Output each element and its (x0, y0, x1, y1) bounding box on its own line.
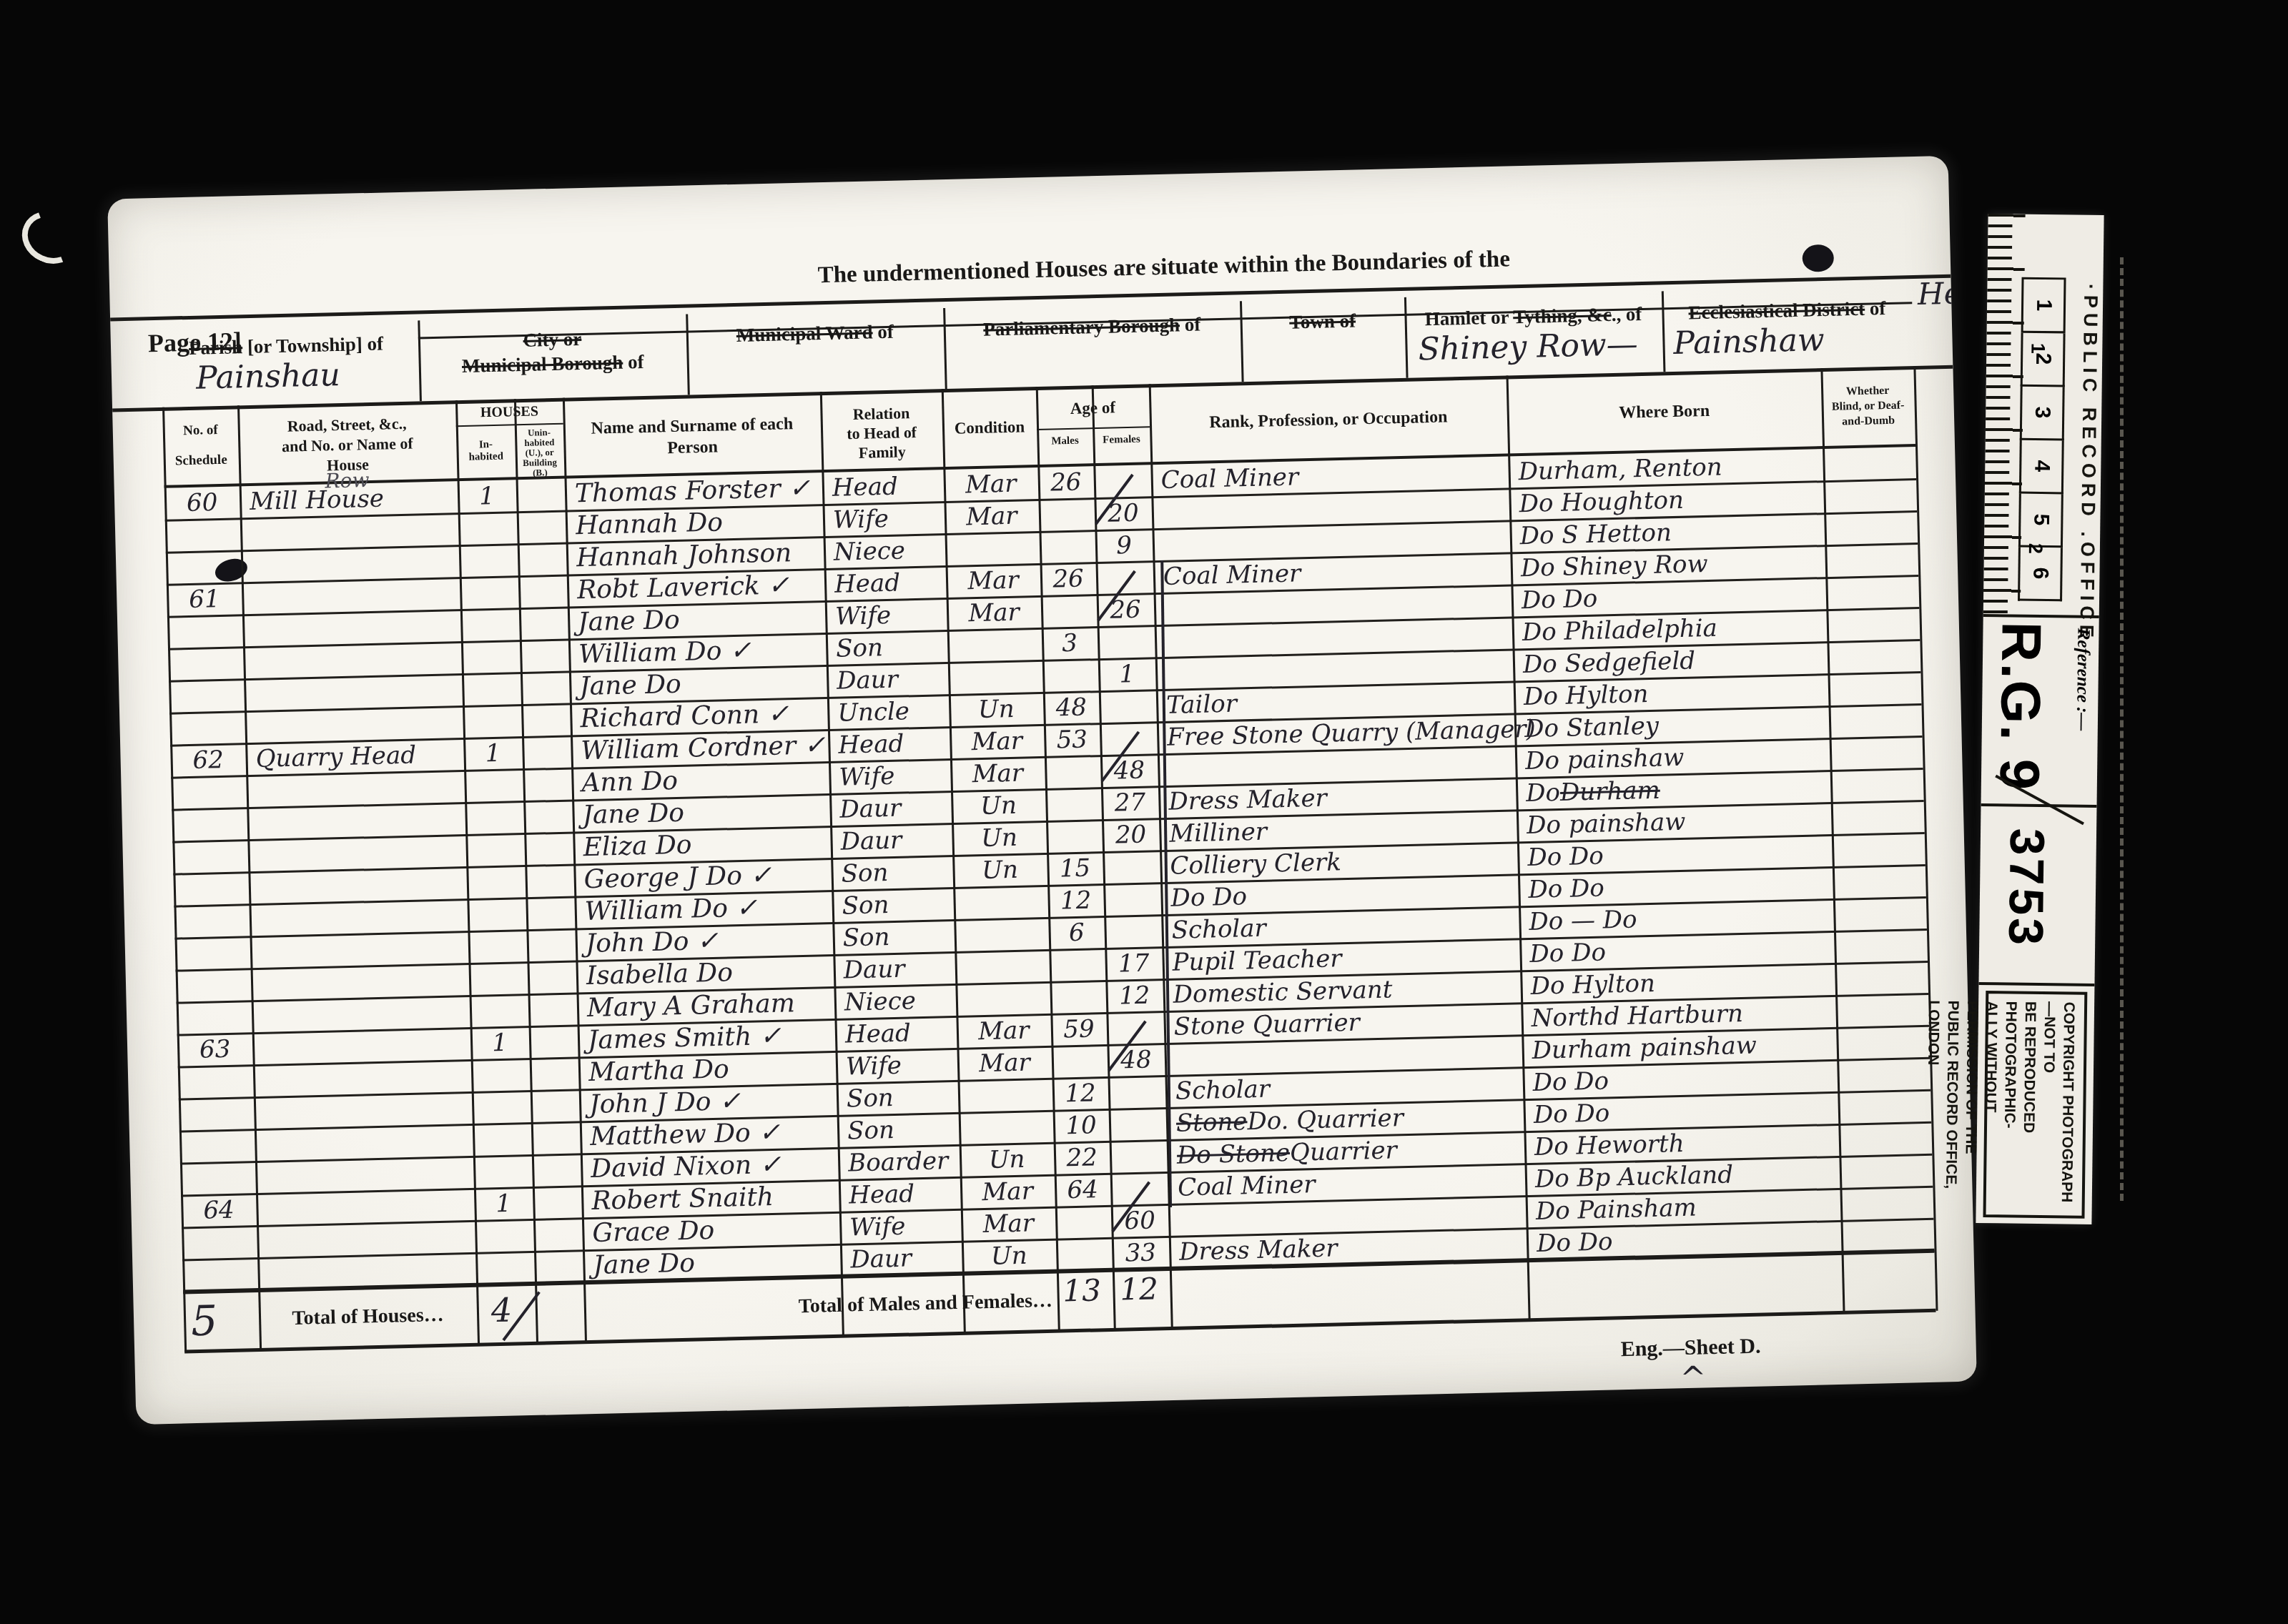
boundary-field-1: City or Municipal Borough of (418, 315, 688, 403)
cell-age_m: 22 (1054, 1141, 1110, 1174)
copyright-line: COPYRIGHT PHOTOGRAPH—NOT TO (2038, 1001, 2079, 1209)
cell-inhabited: 1 (458, 479, 517, 513)
cell-condition: Mar (950, 724, 1045, 758)
cell-age_m: 12 (1047, 883, 1104, 917)
cell-relation: Wife (829, 758, 951, 793)
cell-relation: Boarder (838, 1144, 960, 1179)
piece-number-box: 3753 (1978, 803, 2096, 984)
cell-age_m: 26 (1037, 465, 1094, 499)
copyright-line: PUBLIC RECORD OFFICE, LONDON (1922, 1000, 1963, 1207)
cell-condition: Un (952, 853, 1047, 887)
cell-relation: Head (822, 469, 944, 504)
cell-age_m: 64 (1055, 1173, 1111, 1207)
page-title: The undermentioned Houses are situate wi… (417, 237, 1911, 298)
film-edge-marks (2120, 257, 2124, 1201)
cell-road: Quarry Head (245, 738, 464, 775)
reference-series: R.G. 9 (1987, 621, 2054, 792)
cell-age_m: 48 (1043, 690, 1100, 724)
cell-age_f: 1 (1098, 657, 1156, 690)
cell-condition: Mar (944, 499, 1039, 533)
cell-age_f: 12 (1105, 979, 1163, 1012)
cell-condition: Mar (956, 1014, 1051, 1048)
cell-relation: Son (837, 1080, 959, 1115)
cell-age_m: 59 (1050, 1012, 1107, 1046)
cell-condition: Un (962, 1239, 1057, 1273)
cell-age_m: 10 (1053, 1109, 1110, 1142)
cell-relation: Daur (833, 951, 955, 986)
cell-condition: Un (951, 788, 1046, 823)
boundary-field-3: Parliamentary Borough of (943, 301, 1242, 390)
cell-condition: Mar (960, 1174, 1055, 1209)
ruler-ticks (1983, 214, 2013, 614)
cell-age_m: 26 (1040, 562, 1097, 595)
boundary-field-4: Town of (1240, 297, 1406, 383)
scanned-census-photograph: The undermentioned Houses are situate wi… (0, 0, 2288, 1624)
col-header-born: Where Born (1507, 399, 1823, 425)
col-header-relation: Relation to Head of Family (820, 402, 943, 463)
hamlet-value: Shiney Row— (1418, 326, 1638, 367)
district-value: Painshaw (1673, 322, 1825, 362)
col-header-uninhabited: Unin- habited (U.), or Building (B.) (515, 427, 565, 479)
total-houses-label: Total of Houses… (259, 1303, 478, 1331)
cell-condition: Mar (961, 1207, 1056, 1241)
cell-relation: Uncle (827, 694, 950, 729)
sheet-reference-note: Eng.—Sheet D. (1620, 1335, 1761, 1362)
film-scratch-mark (14, 202, 88, 272)
copyright-line: ALLY WITHOUT PERMISSION OF THE (1961, 1001, 2002, 1208)
copyright-line: BE REPRODUCED PHOTOGRAPHIC- (1999, 1001, 2041, 1208)
cell-relation: Head (828, 726, 950, 761)
piece-number: 3753 (1998, 828, 2055, 948)
cell-age_f: 9 (1095, 528, 1153, 562)
col-header-schedule: No. of Schedule (162, 415, 239, 476)
cell-relation: Daur (827, 662, 949, 697)
cell-relation: Daur (840, 1241, 962, 1276)
cell-inhabited: 1 (463, 736, 523, 770)
reference-label: Reference :— (2072, 628, 2094, 731)
cell-age_f: 17 (1105, 946, 1163, 980)
cell-relation: Head (824, 565, 947, 600)
cell-condition: Un (949, 692, 1044, 726)
cell-relation: Son (837, 1112, 960, 1147)
cell-relation: Niece (824, 533, 946, 568)
census-page: The undermentioned Houses are situate wi… (107, 156, 1977, 1425)
col-header-inhabited: In- habited (456, 438, 516, 464)
cell-age_m: 53 (1044, 723, 1100, 756)
record-office-label: ·PUBLIC RECORD .OFFICE (2075, 284, 2101, 643)
cell-relation: Head (839, 1177, 961, 1212)
ruler-number: 5 (2018, 494, 2063, 548)
cell-relation: Wife (836, 1048, 958, 1083)
cell-condition: Mar (950, 756, 1045, 791)
total-females-value: 12 (1120, 1271, 1159, 1307)
parish-value: Painshau (195, 357, 340, 397)
cell-relation: Wife (839, 1209, 962, 1244)
cell-condition: Mar (946, 563, 1041, 598)
cell-relation: Niece (834, 984, 956, 1019)
cell-relation: Son (832, 887, 954, 922)
boundary-header: Parish [or Township] ofCity or Municipal… (107, 156, 1948, 199)
pen-caret-mark: ^ (1680, 1360, 1707, 1397)
cell-inhabited: 1 (474, 1187, 533, 1220)
cell-age_m: 6 (1048, 916, 1105, 949)
cell-age_f: 27 (1101, 786, 1159, 819)
col-header-males: Males (1037, 435, 1093, 448)
cell-age_m: 15 (1047, 851, 1103, 885)
totals-schedule-note: 5 (190, 1296, 217, 1345)
cell-relation: Son (826, 630, 948, 665)
cell-relation: Son (831, 855, 953, 890)
copyright-notice: COPYRIGHT PHOTOGRAPH—NOT TOBE REPRODUCED… (1983, 991, 2087, 1219)
cell-schedule: 64 (181, 1193, 257, 1227)
public-record-office-reference-strip: ·PUBLIC RECORD .OFFICE 123456 12 Referen… (1976, 214, 2104, 1224)
cell-age_f: 33 (1112, 1236, 1170, 1269)
table-grid (107, 156, 1948, 199)
col-header-occupation: Rank, Profession, or Occupation (1150, 407, 1507, 435)
cell-schedule: 61 (167, 582, 242, 615)
cell-inhabited: 1 (470, 1026, 530, 1059)
boundary-field-2: Municipal Ward of (686, 308, 945, 396)
cell-relation: Daur (830, 823, 952, 858)
ink-blot (1802, 244, 1834, 272)
cell-condition: Mar (957, 1046, 1052, 1080)
cell-schedule: 60 (164, 485, 240, 519)
cell-road-note: Row (239, 462, 458, 499)
ruler-number: 3 (2020, 387, 2065, 441)
ruler-inch-number: 2 (2024, 543, 2046, 554)
ruler-number: 4 (2019, 440, 2064, 495)
cell-condition: Mar (943, 467, 1038, 501)
cell-condition: Un (960, 1142, 1055, 1177)
cell-age_m: 12 (1052, 1076, 1108, 1110)
cell-age_m: 3 (1042, 626, 1098, 660)
col-header-name: Name and Surname of each Person (563, 412, 822, 461)
cell-relation: Wife (825, 598, 947, 633)
ruler-number: 2 (2021, 333, 2066, 387)
col-header-houses: HOUSES (455, 403, 563, 422)
cell-relation: Wife (822, 501, 945, 536)
cell-relation: Head (834, 1016, 957, 1051)
total-houses-value: 4 (490, 1291, 513, 1330)
total-males-females-label: Total of Males and Females… (584, 1289, 1053, 1323)
col-header-females: Females (1093, 433, 1150, 447)
cell-relation: Daur (829, 791, 952, 826)
col-header-infirmity: Whether Blind, or Deaf- and-Dumb (1821, 382, 1915, 430)
cell-condition: Mar (947, 595, 1042, 630)
copyright-box: COPYRIGHT PHOTOGRAPH—NOT TOBE REPRODUCED… (1976, 982, 2094, 1224)
cell-schedule: 63 (177, 1032, 253, 1066)
cell-relation: Son (832, 919, 955, 954)
ruler-inch-number: 1 (2026, 343, 2048, 354)
ruler-number: 6 (2018, 548, 2063, 602)
cell-condition: Un (952, 821, 1047, 855)
cell-age_f: 20 (1102, 818, 1160, 851)
cell-schedule: 62 (170, 743, 246, 776)
col-header-condition: Condition (942, 417, 1037, 438)
total-males-value: 13 (1062, 1272, 1102, 1308)
corner-handwritten-note: He (1917, 276, 1962, 312)
ruler: ·PUBLIC RECORD .OFFICE 123456 12 (1983, 214, 2104, 615)
ruler-number: 1 (2021, 277, 2066, 334)
